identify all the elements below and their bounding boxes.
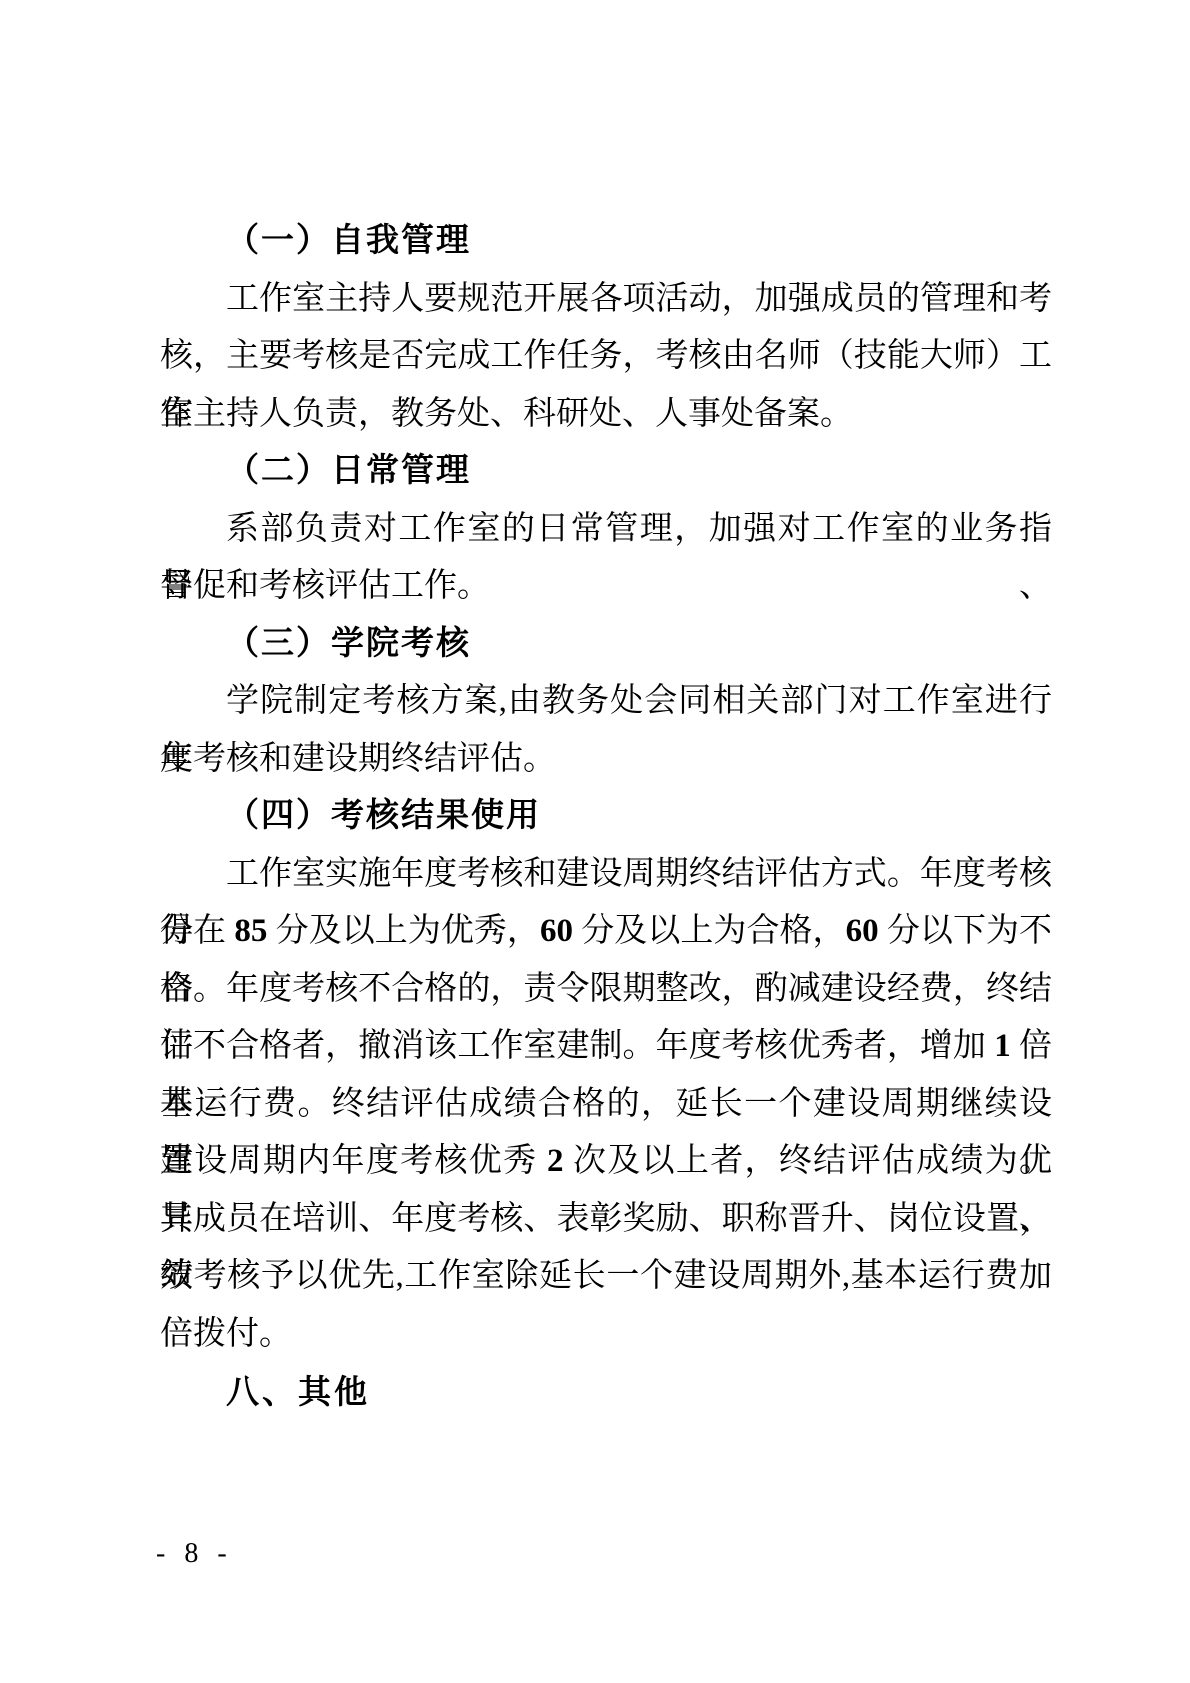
subsection-heading-1: （一）自我管理: [160, 213, 1052, 271]
text-segment: （四）考核结果使用: [226, 798, 541, 834]
text-block: （一）自我管理工作室主持人要规范开展各项活动，加强成员的管理和考核，主要考核是否…: [160, 213, 1052, 1421]
body-line: 倍拨付。: [160, 1306, 1052, 1364]
text-segment: （三）学院考核: [226, 626, 471, 662]
text-segment: （一）自我管理: [226, 223, 471, 259]
text-segment: 度考核和建设期终结评估。: [160, 741, 556, 777]
text-segment: 估不合格者，撤消该工作室建制。年度考核优秀者，增加: [160, 1028, 994, 1064]
body-line: 本运行费。终结评估成绩合格的，延长一个建设周期继续设置。: [160, 1076, 1052, 1134]
document-page: （一）自我管理工作室主持人要规范开展各项活动，加强成员的管理和考核，主要考核是否…: [0, 0, 1190, 1683]
text-segment: 分及以上为合格，: [573, 913, 846, 949]
subsection-heading-3: （三）学院考核: [160, 616, 1052, 674]
text-segment: 工作室主持人要规范开展各项活动，加强成员的管理和考: [226, 281, 1052, 317]
body-line: 核，主要考核是否完成工作任务，考核由名师（技能大师）工作: [160, 328, 1052, 386]
text-segment: （二）日常管理: [226, 453, 471, 489]
text-segment: 室主持人负责，教务处、科研处、人事处备案。: [160, 396, 853, 432]
body-line: 度考核和建设期终结评估。: [160, 731, 1052, 789]
text-segment: 分在: [160, 913, 234, 949]
body-line: 工作室实施年度考核和建设周期终结评估方式。年度考核得: [160, 846, 1052, 904]
subsection-heading-4: （四）考核结果使用: [160, 788, 1052, 846]
body-line: 学院制定考核方案,由教务处会同相关部门对工作室进行年: [160, 673, 1052, 731]
body-line: 其成员在培训、年度考核、表彰奖励、职称晋升、岗位设置、绩: [160, 1191, 1052, 1249]
body-line: 建设周期内年度考核优秀 2 次及以上者，终结评估成绩为优异，: [160, 1133, 1052, 1191]
bold-number: 1: [994, 1028, 1011, 1064]
bold-number: 60: [846, 913, 879, 949]
body-line: 效考核予以优先,工作室除延长一个建设周期外,基本运行费加: [160, 1248, 1052, 1306]
body-line: 估不合格者，撤消该工作室建制。年度考核优秀者，增加 1 倍基: [160, 1018, 1052, 1076]
body-line: 工作室主持人要规范开展各项活动，加强成员的管理和考: [160, 271, 1052, 329]
page-number: - 8 -: [156, 1538, 233, 1570]
subsection-heading-2: （二）日常管理: [160, 443, 1052, 501]
text-segment: 效考核予以优先,工作室除延长一个建设周期外,基本运行费加: [160, 1258, 1052, 1294]
body-line: 格。年度考核不合格的，责令限期整改，酌减建设经费，终结评: [160, 961, 1052, 1019]
body-line: 分在 85 分及以上为优秀，60 分及以上为合格，60 分以下为不合: [160, 903, 1052, 961]
text-segment: 八、其他: [226, 1373, 370, 1410]
text-segment: 倍拨付。: [160, 1316, 292, 1352]
body-line: 系部负责对工作室的日常管理，加强对工作室的业务指导、: [160, 501, 1052, 559]
section-heading-8: 八、其他: [160, 1363, 1052, 1421]
bold-number: 2: [547, 1143, 564, 1179]
text-segment: 建设周期内年度考核优秀: [160, 1143, 547, 1179]
text-segment: 督促和考核评估工作。: [160, 568, 490, 604]
text-segment: 分及以上为优秀，: [267, 913, 540, 949]
body-line: 室主持人负责，教务处、科研处、人事处备案。: [160, 386, 1052, 444]
bold-number: 85: [234, 913, 267, 949]
bold-number: 60: [540, 913, 573, 949]
